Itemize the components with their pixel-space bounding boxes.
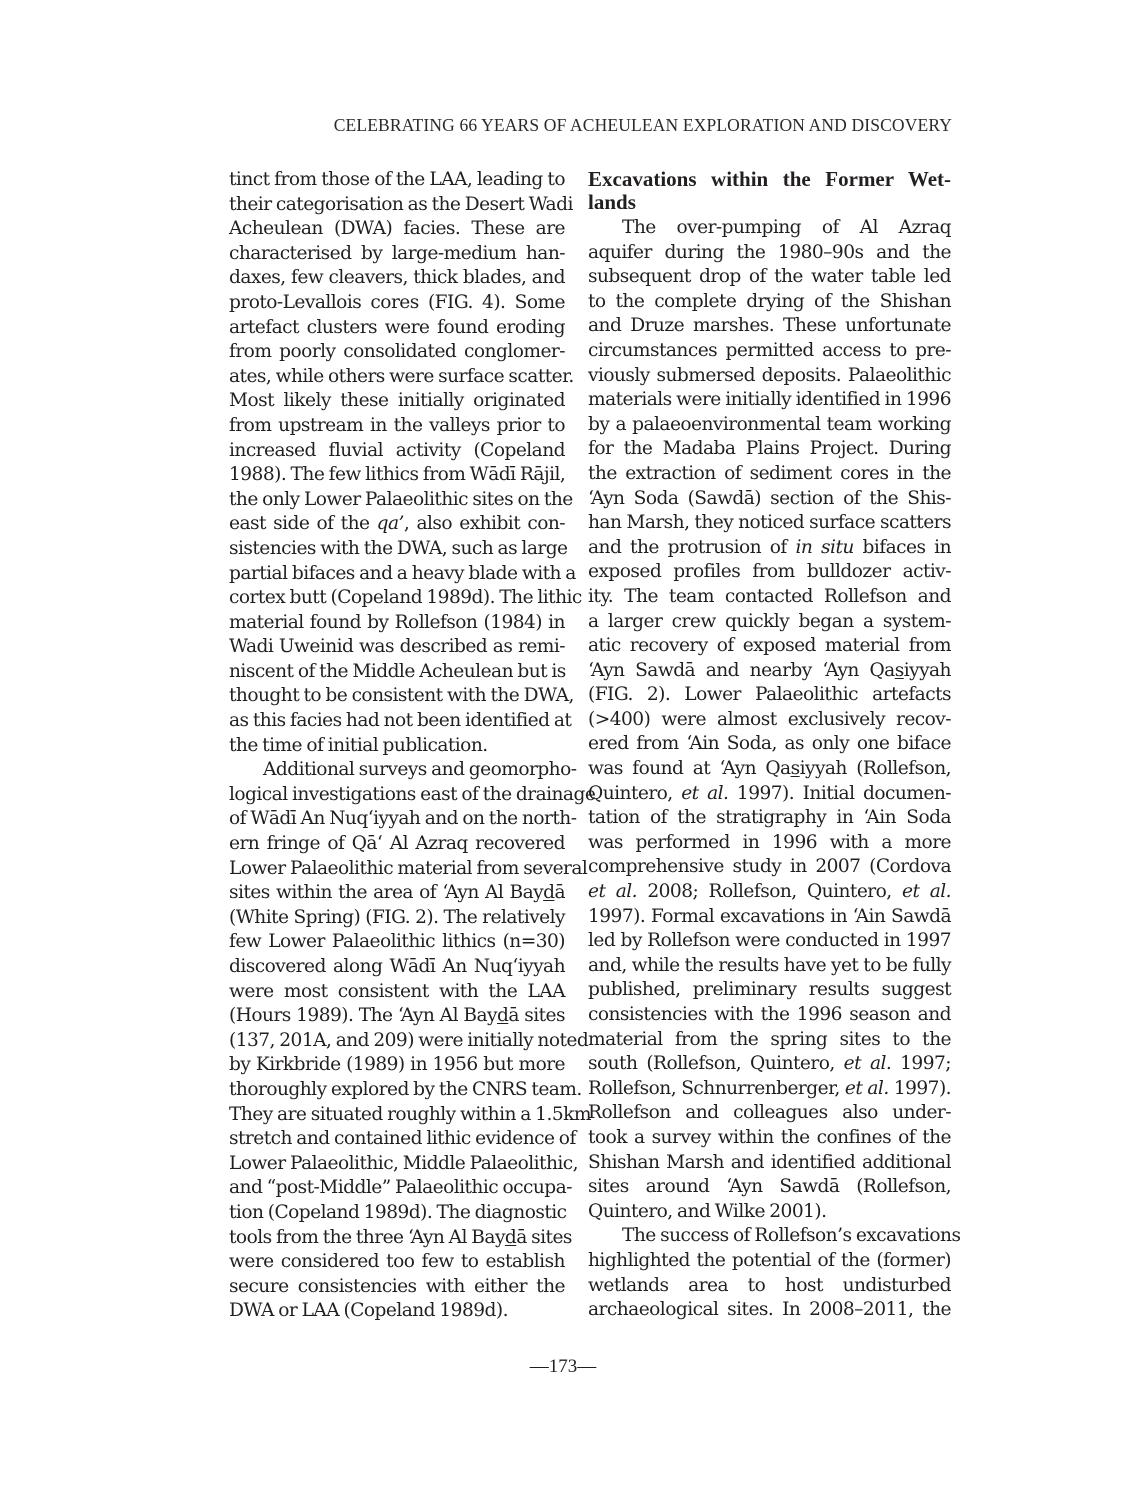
running-head: CELEBRATING 66 YEARS OF ACHEULEAN EXPLOR…	[290, 115, 952, 136]
text-line: proto-Levallois cores (FIG. 4). Some	[229, 291, 565, 316]
text-line: from upstream in the valleys prior to	[229, 414, 565, 439]
text-line: Quintero, and Wilke 2001).	[588, 1200, 951, 1225]
text-line: materials were initially identified in 1…	[588, 388, 951, 413]
text-line: stretch and contained lithic evidence of	[229, 1127, 565, 1152]
text-line: DWA or LAA (Copeland 1989d).	[229, 1299, 565, 1324]
text-line: subsequent drop of the water table led	[588, 265, 951, 290]
text-line: took a survey within the confines of the	[588, 1126, 951, 1151]
text-line: Most likely these initially originated	[229, 389, 565, 414]
text-line: (Hours 1989). The ‘Ayn Al Baydā sites	[229, 1004, 565, 1029]
text-line: secure consistencies with either the	[229, 1275, 565, 1300]
text-line: (White Spring) (FIG. 2). The relatively	[229, 906, 565, 931]
text-line: 1988). The few lithics from Wādī Rājil,	[229, 463, 565, 488]
text-line: south (Rollefson, Quintero, et al. 1997;	[588, 1052, 951, 1077]
text-line: led by Rollefson were conducted in 1997	[588, 929, 951, 954]
text-line: to the complete drying of the Shishan	[588, 290, 951, 315]
text-line: were most consistent with the LAA	[229, 980, 565, 1005]
text-line: cortex butt (Copeland 1989d). The lithic	[229, 586, 565, 611]
text-line: few Lower Palaeolithic lithics (n=30)	[229, 930, 565, 955]
text-line: was found at ‘Ayn Qasiyyah (Rollefson,	[588, 757, 951, 782]
text-line: ates, while others were surface scatter.	[229, 365, 565, 390]
text-line: ‘Ayn Soda (Sawdā) section of the Shis-	[588, 487, 951, 512]
text-line: exposed profiles from bulldozer activ-	[588, 560, 951, 585]
section-heading-line-1: Excavations within the Former Wet-	[588, 168, 951, 191]
text-line: (>400) were almost exclusively recov-	[588, 708, 951, 733]
text-line: characterised by large-medium han-	[229, 242, 565, 267]
text-line: partial bifaces and a heavy blade with a	[229, 562, 565, 587]
section-heading-line-2: lands	[588, 191, 951, 216]
text-line: Quintero, et al. 1997). Initial documen-	[588, 782, 951, 807]
text-line: by a palaeoenvironmental team working	[588, 413, 951, 438]
text-line: tools from the three ‘Ayn Al Baydā sites	[229, 1226, 565, 1251]
text-line: and “post-Middle” Palaeolithic occupa-	[229, 1176, 565, 1201]
text-line: atic recovery of exposed material from	[588, 634, 951, 659]
text-line: increased fluvial activity (Copeland	[229, 439, 565, 464]
text-line: material found by Rollefson (1984) in	[229, 611, 565, 636]
text-line: sites around ‘Ayn Sawdā (Rollefson,	[588, 1175, 951, 1200]
text-line: and, while the results have yet to be fu…	[588, 954, 951, 979]
text-line: daxes, few cleavers, thick blades, and	[229, 266, 565, 291]
text-line: archaeological sites. In 2008–2011, the	[588, 1298, 951, 1323]
text-line: were considered too few to establish	[229, 1250, 565, 1275]
text-line: tation of the stratigraphy in ‘Ain Soda	[588, 806, 951, 831]
text-line: sistencies with the DWA, such as large	[229, 537, 565, 562]
right-column-body: The over-pumping of Al Azraqaquifer duri…	[588, 216, 951, 1323]
text-line: The success of Rollefson’s excavations	[588, 1224, 951, 1249]
text-line: the only Lower Palaeolithic sites on the	[229, 488, 565, 513]
text-line: Wadi Uweinid was described as remi-	[229, 635, 565, 660]
text-line: tion (Copeland 1989d). The diagnostic	[229, 1201, 565, 1226]
text-line: consistencies with the 1996 season and	[588, 1003, 951, 1028]
page-number: —173—	[0, 1356, 1126, 1378]
text-line: and the protrusion of in situ bifaces in	[588, 536, 951, 561]
left-column: tinct from those of the LAA, leading tot…	[229, 168, 565, 1324]
text-line: aquifer during the 1980–90s and the	[588, 241, 951, 266]
text-line: a larger crew quickly began a system-	[588, 610, 951, 635]
text-line: was performed in 1996 with a more	[588, 831, 951, 856]
text-line: ered from ‘Ain Soda, as only one biface	[588, 732, 951, 757]
text-line: Rollefson, Schnurrenberger, et al. 1997)…	[588, 1077, 951, 1102]
text-line: The over-pumping of Al Azraq	[588, 216, 951, 241]
text-line: Lower Palaeolithic, Middle Palaeolithic,	[229, 1152, 565, 1177]
text-line: artefact clusters were found eroding	[229, 316, 565, 341]
text-line: Acheulean (DWA) facies. These are	[229, 217, 565, 242]
text-line: Additional surveys and geomorpho-	[229, 758, 565, 783]
text-line: Shishan Marsh and identified additional	[588, 1151, 951, 1176]
text-line: sites within the area of ‘Ayn Al Baydā	[229, 881, 565, 906]
text-line: and Druze marshes. These unfortunate	[588, 314, 951, 339]
text-line: from poorly consolidated conglomer-	[229, 340, 565, 365]
text-line: the time of initial publication.	[229, 734, 565, 759]
text-line: ‘Ayn Sawdā and nearby ‘Ayn Qasiyyah	[588, 659, 951, 684]
text-line: material from the spring sites to the	[588, 1028, 951, 1053]
text-line: east side of the qa’, also exhibit con-	[229, 512, 565, 537]
text-line: thoroughly explored by the CNRS team.	[229, 1078, 565, 1103]
text-line: (FIG. 2). Lower Palaeolithic artefacts	[588, 683, 951, 708]
text-line: of Wādī An Nuq‘iyyah and on the north-	[229, 807, 565, 832]
text-line: for the Madaba Plains Project. During	[588, 437, 951, 462]
text-line: They are situated roughly within a 1.5km	[229, 1103, 565, 1128]
text-line: highlighted the potential of the (former…	[588, 1249, 951, 1274]
text-line: discovered along Wādī An Nuq‘iyyah	[229, 955, 565, 980]
text-line: (137, 201A, and 209) were initially note…	[229, 1029, 565, 1054]
text-line: ern fringe of Qā‘ Al Azraq recovered	[229, 832, 565, 857]
text-line: et al. 2008; Rollefson, Quintero, et al.	[588, 880, 951, 905]
text-line: their categorisation as the Desert Wadi	[229, 193, 565, 218]
text-line: 1997). Formal excavations in ‘Ain Sawdā	[588, 905, 951, 930]
text-line: tinct from those of the LAA, leading to	[229, 168, 565, 193]
text-line: by Kirkbride (1989) in 1956 but more	[229, 1053, 565, 1078]
text-line: ity. The team contacted Rollefson and	[588, 585, 951, 610]
text-line: comprehensive study in 2007 (Cordova	[588, 855, 951, 880]
text-line: logical investigations east of the drain…	[229, 783, 565, 808]
right-column: Excavations within the Former Wet- lands…	[588, 168, 951, 1323]
text-line: circumstances permitted access to pre-	[588, 339, 951, 364]
text-line: wetlands area to host undisturbed	[588, 1274, 951, 1299]
text-line: thought to be consistent with the DWA,	[229, 684, 565, 709]
text-line: han Marsh, they noticed surface scatters	[588, 511, 951, 536]
text-line: Lower Palaeolithic material from several	[229, 857, 565, 882]
text-line: niscent of the Middle Acheulean but is	[229, 660, 565, 685]
text-line: Rollefson and colleagues also under-	[588, 1101, 951, 1126]
text-line: viously submersed deposits. Palaeolithic	[588, 364, 951, 389]
text-line: published, preliminary results suggest	[588, 978, 951, 1003]
text-line: as this facies had not been identified a…	[229, 709, 565, 734]
text-line: the extraction of sediment cores in the	[588, 462, 951, 487]
